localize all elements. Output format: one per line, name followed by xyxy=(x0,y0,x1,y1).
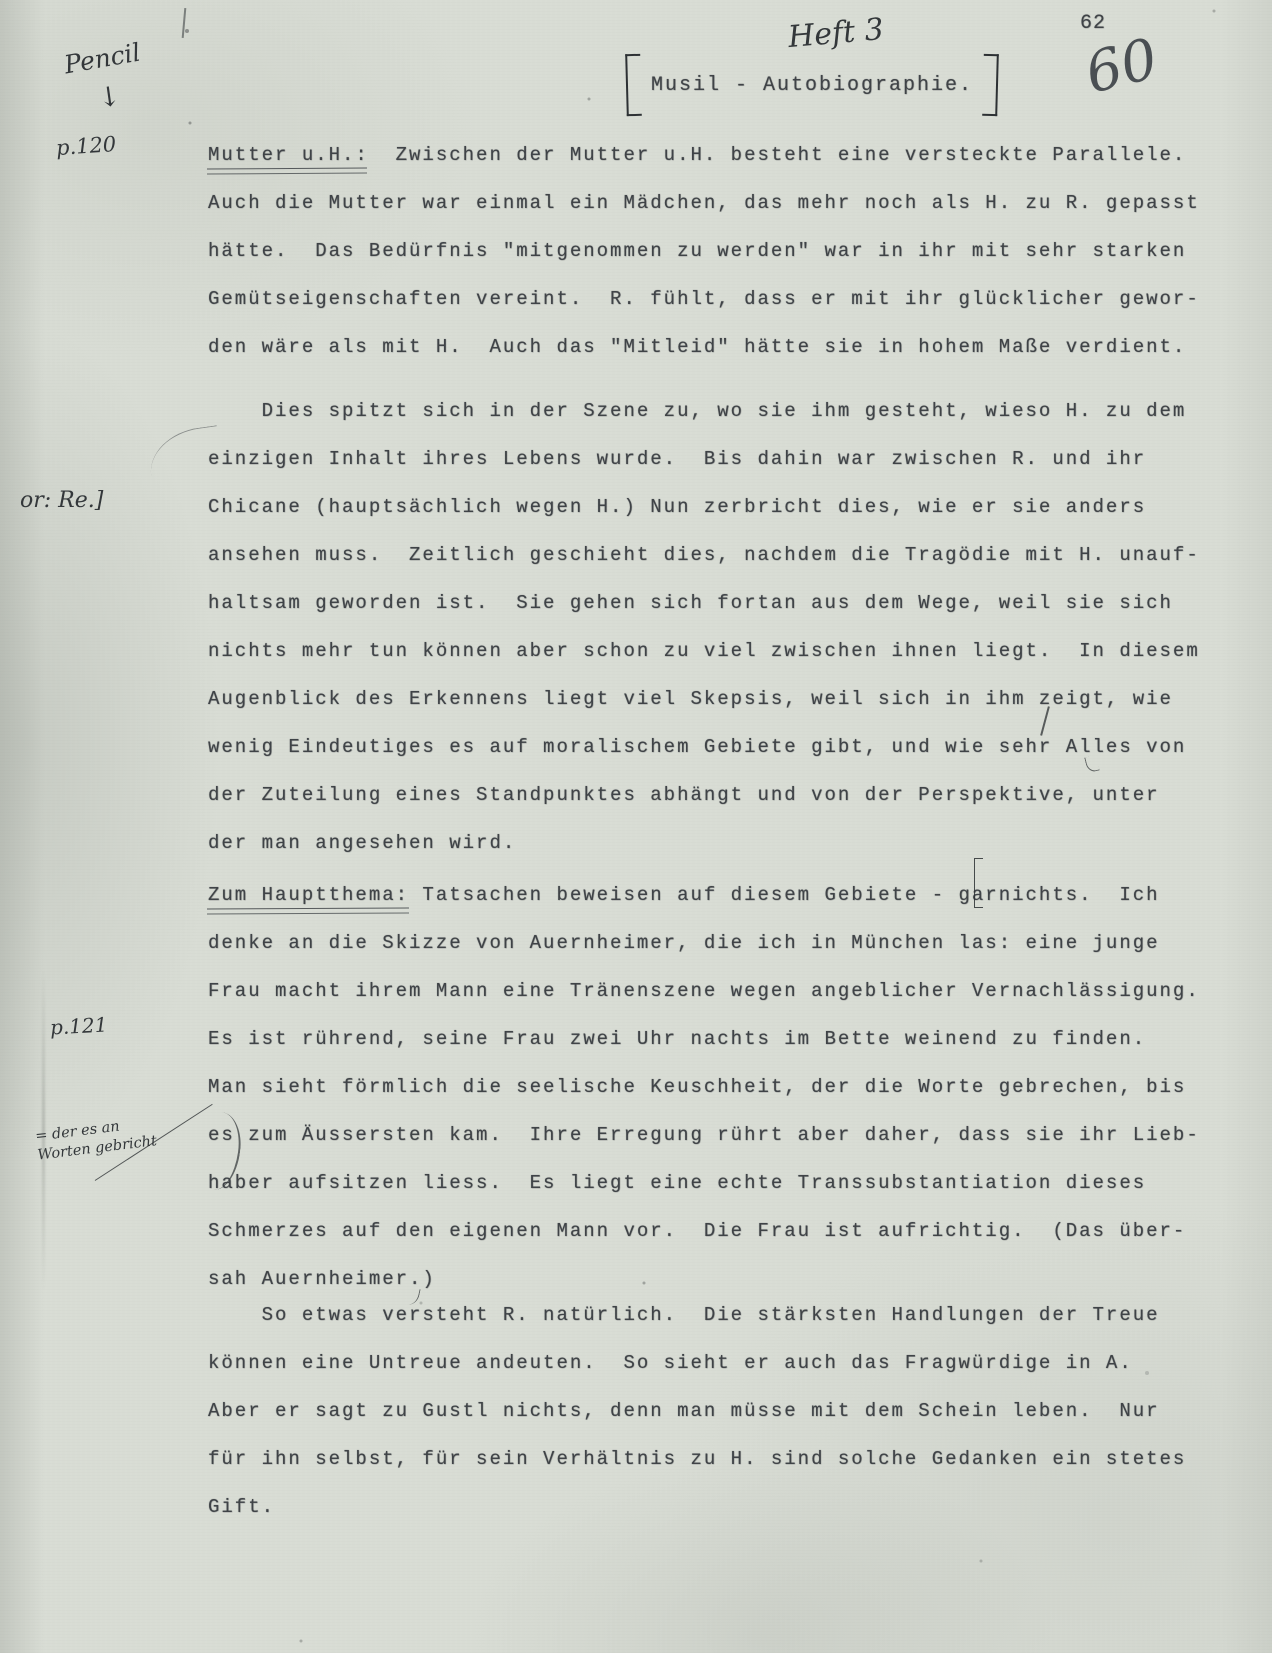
text-line: nichts mehr tun können aber schon zu vie… xyxy=(208,639,1200,687)
text-line: einzigen Inhalt ihres Lebens wurde. Bis … xyxy=(208,447,1200,495)
title-group: Musil - Autobiographie. xyxy=(626,54,998,116)
typed-page-number: 62 xyxy=(1080,12,1106,35)
handwritten-page-number: 60 xyxy=(1079,26,1164,106)
text-line: haltsam geworden ist. Sie gehen sich for… xyxy=(208,591,1200,639)
text-line: den wäre als mit H. Auch das "Mitleid" h… xyxy=(208,335,1200,383)
margin-note-struck: = der es an Worten gebricht xyxy=(34,1108,197,1165)
text-line: Es ist rührend, seine Frau zwei Uhr nach… xyxy=(208,1027,1200,1075)
text-line: Auch die Mutter war einmal ein Mädchen, … xyxy=(208,191,1200,239)
text-line: können eine Untreue andeuten. So sieht e… xyxy=(208,1351,1186,1399)
right-bracket-mark xyxy=(982,54,999,116)
underline-hauptthema-heading xyxy=(207,907,409,914)
text-line: es zum Äussersten kam. Ihre Erregung rüh… xyxy=(208,1123,1200,1171)
text-line: denke an die Skizze von Auernheimer, die… xyxy=(208,931,1200,979)
notebook-label: Heft 3 xyxy=(787,12,885,55)
text-line: Schmerzes auf den eigenen Mann vor. Die … xyxy=(208,1219,1200,1267)
text-line: ansehen muss. Zeitlich geschieht dies, n… xyxy=(208,543,1200,591)
text-line: hätte. Das Bedürfnis "mitgenommen zu wer… xyxy=(208,239,1200,287)
left-edge-streak xyxy=(42,970,45,1290)
text-line: der man angesehen wird. xyxy=(208,831,1200,879)
paragraph-szene: Dies spitzt sich in der Szene zu, wo sie… xyxy=(208,399,1200,879)
text-line: Augenblick des Erkennens liegt viel Skep… xyxy=(208,687,1200,735)
text-line: Gemütseigenschaften vereint. R. fühlt, d… xyxy=(208,287,1200,335)
text-line: Frau macht ihrem Mann eine Tränenszene w… xyxy=(208,979,1200,1027)
margin-note-pencil: Pencil xyxy=(62,38,142,80)
margin-note-or-re: or: Re.] xyxy=(20,488,103,513)
text-line: So etwas versteht R. natürlich. Die stär… xyxy=(208,1303,1186,1351)
text-line: wenig Eindeutiges es auf moralischem Geb… xyxy=(208,735,1200,783)
scanned-typescript-page: 62 60 Heft 3 Musil - Autobiographie. Pen… xyxy=(0,0,1272,1653)
text-line: Dies spitzt sich in der Szene zu, wo sie… xyxy=(208,399,1200,447)
text-line: haber aufsitzen liess. Es liegt eine ech… xyxy=(208,1171,1200,1219)
paragraph-hauptthema: Zum Hauptthema: Tatsachen beweisen auf d… xyxy=(208,883,1200,1315)
insertion-bracket-garnichts xyxy=(974,858,983,908)
paper-specks xyxy=(0,0,2,2)
text-line: für ihn selbst, für sein Verhältnis zu H… xyxy=(208,1447,1186,1495)
text-line: Aber er sagt zu Gustl nichts, denn man m… xyxy=(208,1399,1186,1447)
pen-tick-top xyxy=(182,8,186,38)
text-line: Man sieht förmlich die seelische Keuschh… xyxy=(208,1075,1200,1123)
page-title: Musil - Autobiographie. xyxy=(641,74,983,97)
down-arrow-mark: ↓ xyxy=(96,81,123,115)
text-line: Gift. xyxy=(208,1495,1186,1543)
paragraph-treue: So etwas versteht R. natürlich. Die stär… xyxy=(208,1303,1186,1543)
margin-note-p120: p.120 xyxy=(55,132,117,160)
underline-mutter-heading xyxy=(207,167,367,174)
paragraph-mutter: Mutter u.H.: Zwischen der Mutter u.H. be… xyxy=(208,143,1200,383)
text-line: Chicane (hauptsächlich wegen H.) Nun zer… xyxy=(208,495,1200,543)
left-bracket-mark xyxy=(625,54,642,116)
margin-note-p121: p.121 xyxy=(49,1013,108,1040)
text-line: der Zuteilung eines Standpunktes abhängt… xyxy=(208,783,1200,831)
